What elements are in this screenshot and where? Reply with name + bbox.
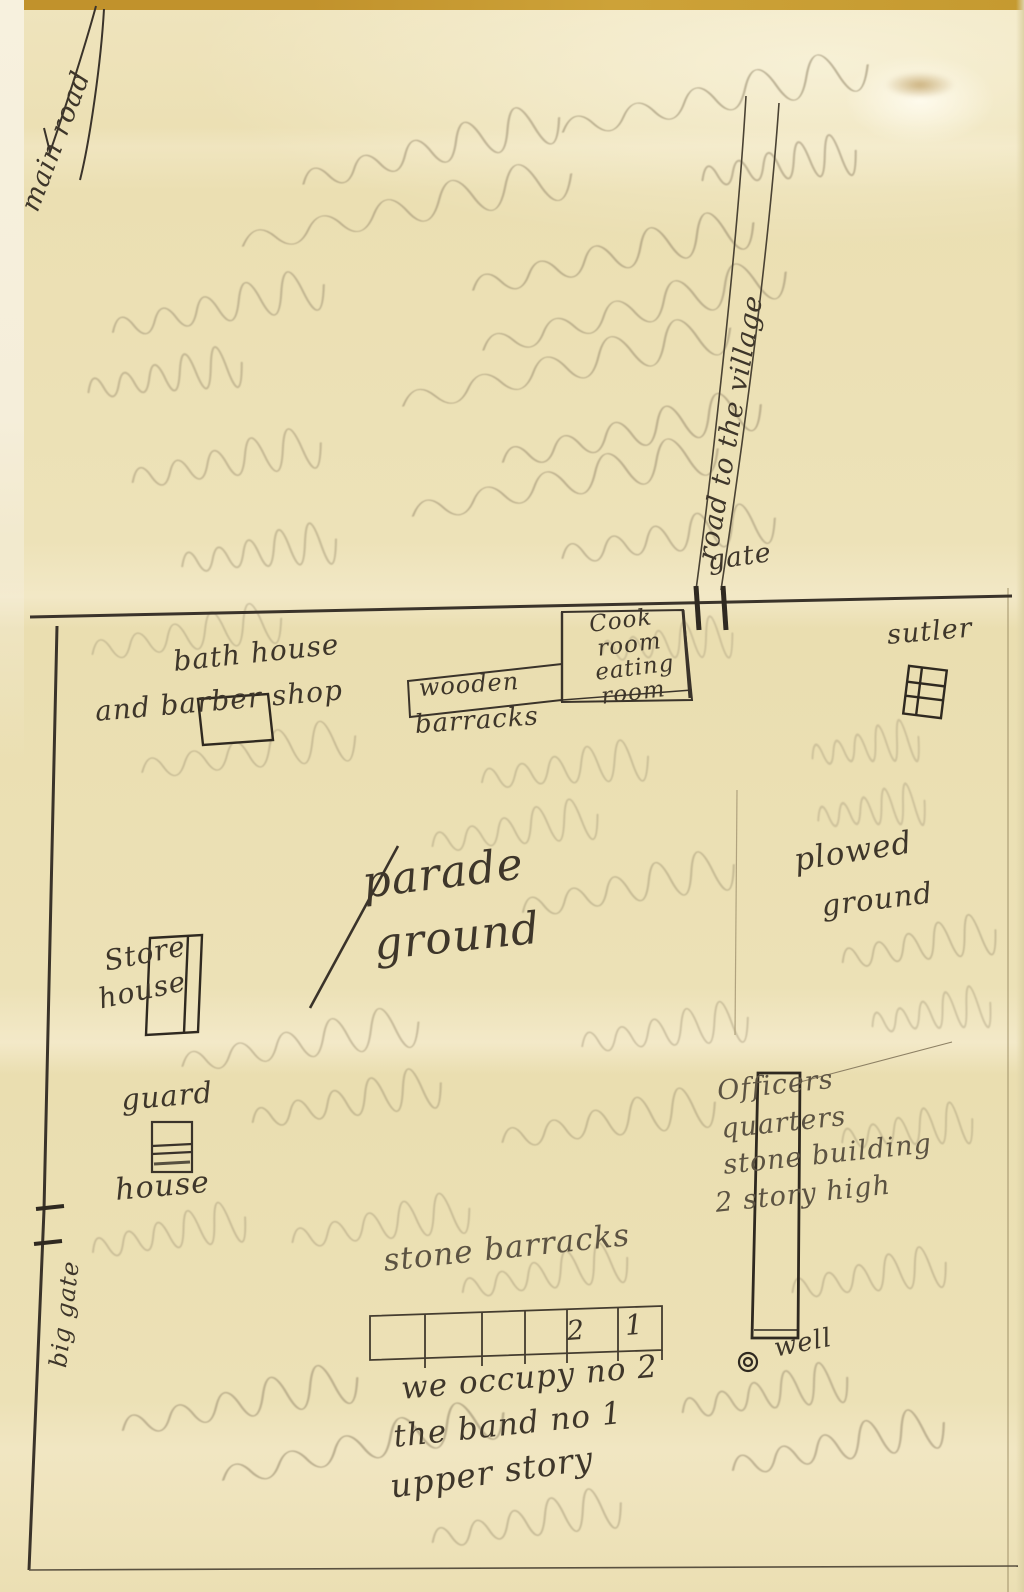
paper-fold-line xyxy=(1007,588,1009,1592)
map-drawing xyxy=(0,0,1024,1592)
parade-label-1: parade xyxy=(360,842,526,905)
gate-label: gate xyxy=(706,539,773,575)
stone-barracks-cell5: 2 xyxy=(566,1317,586,1345)
scan-left-edge xyxy=(0,0,24,760)
plowed-label-2: ground xyxy=(820,878,935,920)
wooden-barracks-label-2: barracks xyxy=(414,703,540,738)
stone-barracks-cell6: 1 xyxy=(624,1311,645,1340)
letter-page: main road road to the village gate big g… xyxy=(0,0,1024,1592)
ink-stain xyxy=(885,72,955,98)
cook-room-label-4: room xyxy=(600,678,667,709)
guard-house-label-1: guard xyxy=(120,1078,214,1115)
guard-house-shape xyxy=(152,1122,192,1172)
bath-house-label-2: and barber shop xyxy=(94,676,344,726)
sutler-shape xyxy=(903,666,947,718)
wooden-barracks-label-1: wooden xyxy=(418,669,520,700)
gate-marks xyxy=(696,586,726,630)
sutler-label: sutler xyxy=(886,615,974,649)
scan-top-edge xyxy=(0,0,1024,10)
big-gate-label: big gate xyxy=(46,1259,83,1369)
plowed-ground-line xyxy=(735,790,737,1035)
guard-house-label-2: house xyxy=(114,1168,211,1206)
well-label: well xyxy=(772,1325,834,1362)
big-gate-marks xyxy=(34,1206,64,1244)
seal-impression xyxy=(845,55,995,145)
plowed-label-1: plowed xyxy=(792,827,915,876)
bath-house-label-1: bath house xyxy=(172,631,341,676)
bleed-through-writing xyxy=(0,0,1024,1592)
well-shape xyxy=(739,1353,757,1371)
parade-label-2: ground xyxy=(372,907,542,968)
village-road-label: road to the village xyxy=(694,293,767,563)
main-road-label: main road xyxy=(17,67,95,215)
scan-right-edge xyxy=(1016,0,1024,1592)
officers-quarters-label-1: Officers xyxy=(716,1066,835,1105)
officers-quarters-label-2: quarters xyxy=(720,1103,847,1143)
stone-barracks-label: stone barracks xyxy=(382,1220,632,1277)
